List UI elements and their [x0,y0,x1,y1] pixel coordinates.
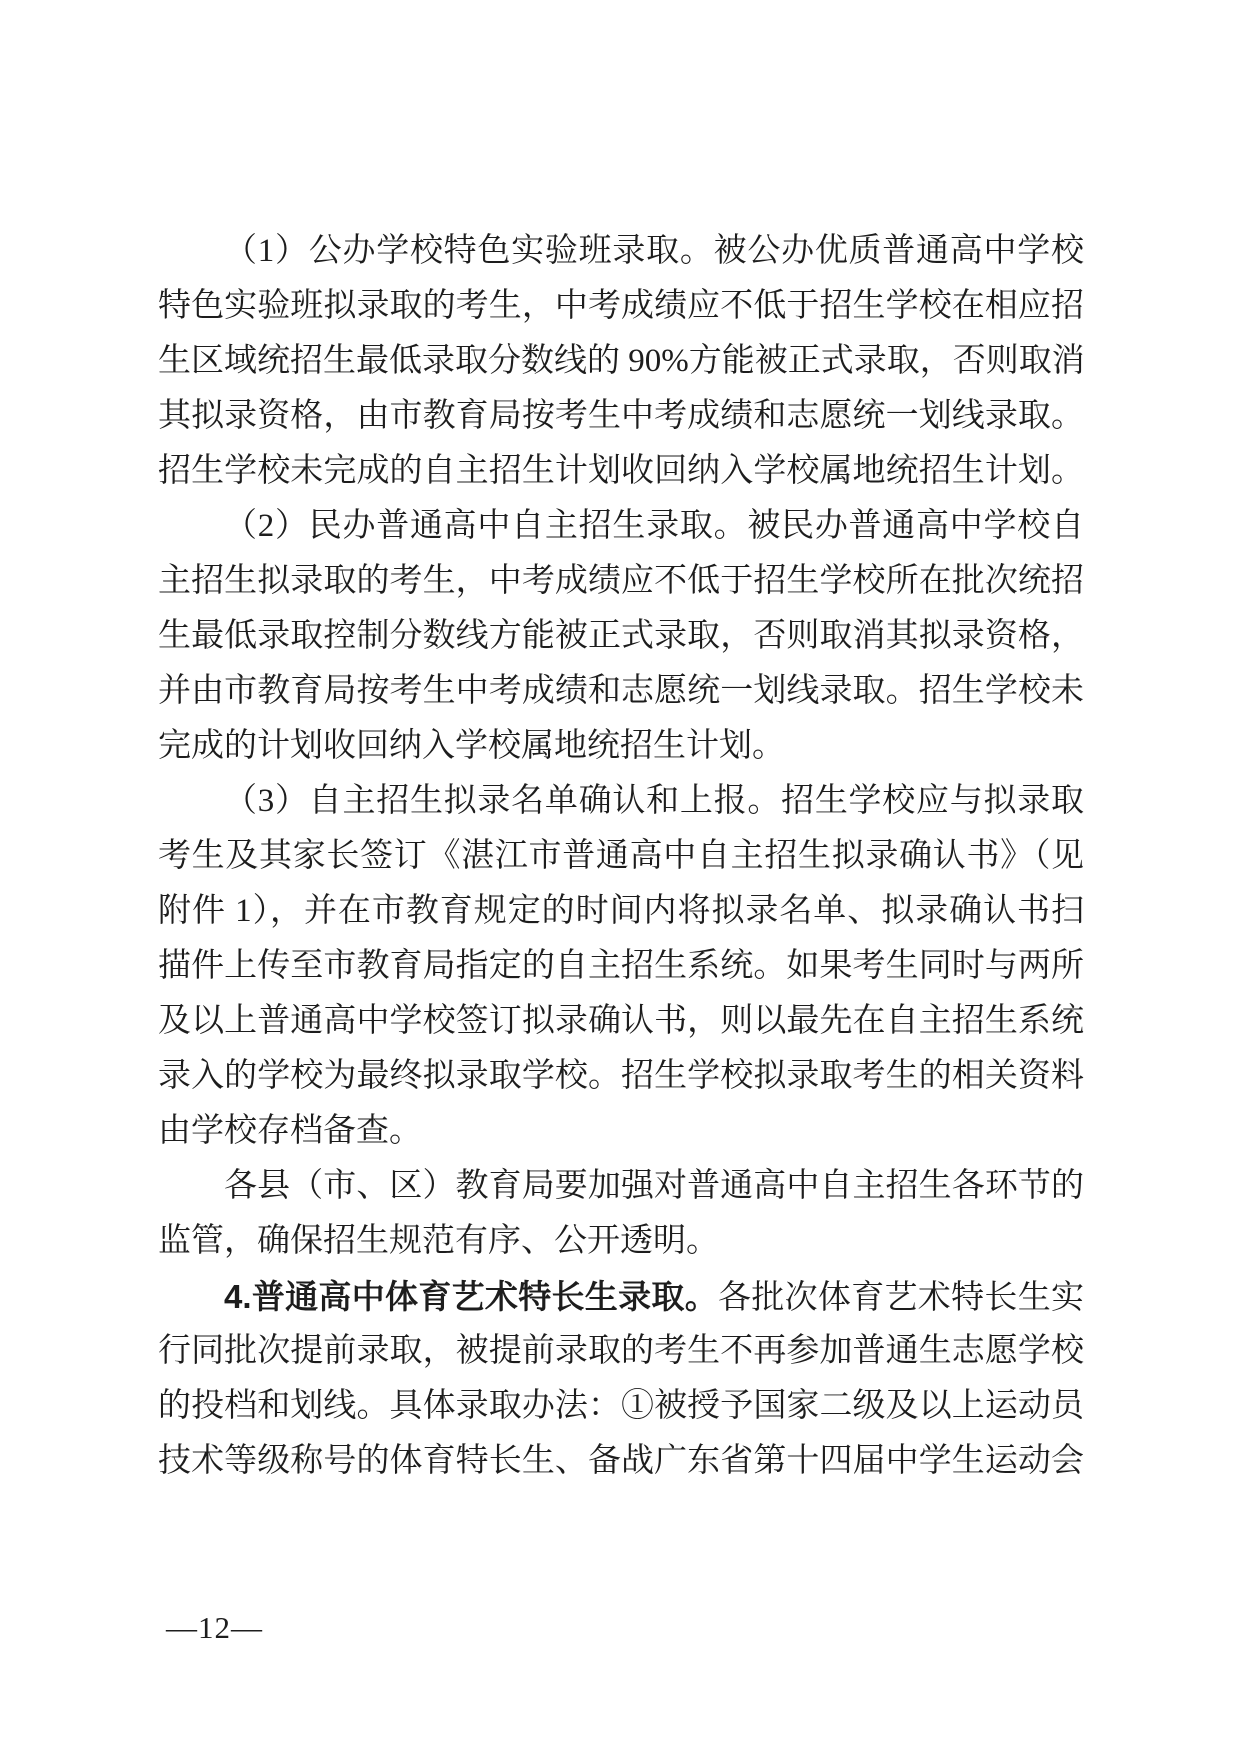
text-line: 并由市教育局按考生中考成绩和志愿统一划线录取。招生学校未 [158,664,1084,719]
bold-section-heading: 4.普通高中体育艺术特长生录取。 [224,1278,718,1315]
text-line: （1）公办学校特色实验班录取。被公办优质普通高中学校 [158,224,1084,279]
document-page: （1）公办学校特色实验班录取。被公办优质普通高中学校特色实验班拟录取的考生，中考… [0,0,1240,1754]
text-line: 生最低录取控制分数线方能被正式录取，否则取消其拟录资格， [158,609,1084,664]
text-line: 的投档和划线。具体录取办法：①被授予国家二级及以上运动员 [158,1379,1084,1434]
text-line: 生区域统招生最低录取分数线的 90%方能被正式录取，否则取消 [158,334,1084,389]
text-line: 由学校存档备查。 [158,1104,1084,1159]
text-line: 各县（市、区）教育局要加强对普通高中自主招生各环节的 [158,1159,1084,1214]
text-line: 其拟录资格，由市教育局按考生中考成绩和志愿统一划线录取。 [158,389,1084,444]
text-line: 录入的学校为最终拟录取学校。招生学校拟录取考生的相关资料 [158,1049,1084,1104]
text-line: 特色实验班拟录取的考生，中考成绩应不低于招生学校在相应招 [158,279,1084,334]
text-line: （2）民办普通高中自主招生录取。被民办普通高中学校自 [158,499,1084,554]
text-line: 招生学校未完成的自主招生计划收回纳入学校属地统招生计划。 [158,444,1084,499]
text-line: 行同批次提前录取，被提前录取的考生不再参加普通生志愿学校 [158,1324,1084,1379]
text-line: 描件上传至市教育局指定的自主招生系统。如果考生同时与两所 [158,939,1084,994]
text-line: 技术等级称号的体育特长生、备战广东省第十四届中学生运动会 [158,1434,1084,1489]
text-line: 附件 1），并在市教育规定的时间内将拟录名单、拟录确认书扫 [158,884,1084,939]
text-line: 考生及其家长签订《湛江市普通高中自主招生拟录确认书》（见 [158,829,1084,884]
page-number: —12— [166,1608,263,1648]
text-line: （3）自主招生拟录名单确认和上报。招生学校应与拟录取 [158,774,1084,829]
text-line: 主招生拟录取的考生，中考成绩应不低于招生学校所在批次统招 [158,554,1084,609]
text-line: 监管，确保招生规范有序、公开透明。 [158,1214,1084,1269]
document-body: （1）公办学校特色实验班录取。被公办优质普通高中学校特色实验班拟录取的考生，中考… [158,224,1084,1489]
text-line: 及以上普通高中学校签订拟录确认书，则以最先在自主招生系统 [158,994,1084,1049]
text-line: 4.普通高中体育艺术特长生录取。各批次体育艺术特长生实 [158,1269,1084,1324]
text-line: 完成的计划收回纳入学校属地统招生计划。 [158,719,1084,774]
